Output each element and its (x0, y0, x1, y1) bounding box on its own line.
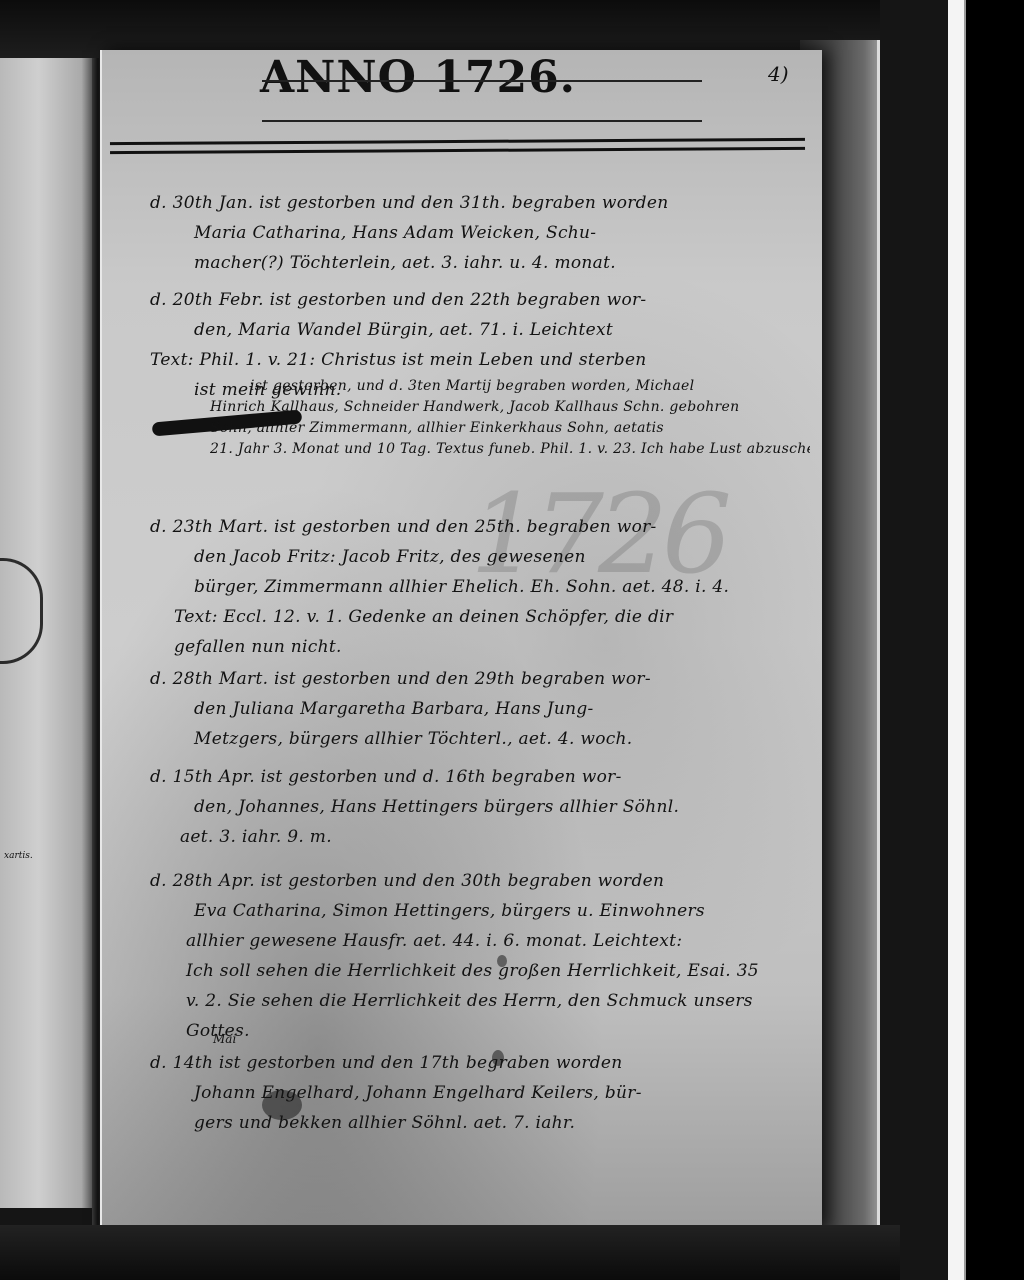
entry-line: d. 15th Apr. ist gestorben und d. 16th b… (150, 762, 810, 792)
register-entry: d. 15th Apr. ist gestorben und d. 16th b… (150, 762, 810, 852)
film-edge-strip (948, 0, 966, 1280)
entry-line: bürger, Zimmermann allhier Ehelich. Eh. … (150, 572, 810, 602)
left-page-flourish (0, 558, 43, 664)
folio-number: 4) (768, 62, 789, 86)
entry-line: Maria Catharina, Hans Adam Weicken, Schu… (150, 218, 810, 248)
entry-line: Johann Engelhard, Johann Engelhard Keile… (150, 1078, 810, 1108)
entry-line: gefallen nun nicht. (150, 632, 810, 662)
left-facing-page: xartis. (0, 58, 96, 1208)
entry-line: d. 20th Febr. ist gestorben und den 22th… (150, 285, 810, 315)
register-entry: d. 14th ist gestorben und den 17th begra… (150, 1048, 810, 1138)
entry-line: den Jacob Fritz: Jacob Fritz, des gewese… (150, 542, 810, 572)
film-border (966, 0, 1024, 1280)
scan-background: xartis. 1726 ANNO 1726. 4) d. 30th Jan. … (0, 0, 1024, 1280)
page-title: ANNO 1726. (260, 52, 576, 103)
entry-line: d. 28th Mart. ist gestorben und den 29th… (150, 664, 810, 694)
entry-line: Eva Catharina, Simon Hettingers, bürgers… (150, 896, 810, 926)
register-entry: d. 30th Jan. ist gestorben und den 31th.… (150, 188, 810, 278)
entry-line: 21. Jahr 3. Monat und 10 Tag. Textus fun… (150, 439, 810, 460)
title-rule-top (262, 80, 702, 82)
entry-line: den Juliana Margaretha Barbara, Hans Jun… (150, 694, 810, 724)
register-entry: ist gestorben, und d. 3ten Martij begrab… (150, 376, 810, 460)
entry-line: Text: Eccl. 12. v. 1. Gedenke an deinen … (150, 602, 810, 632)
entry-line: v. 2. Sie sehen die Herrlichkeit des Her… (150, 986, 810, 1016)
entry-line: den, Maria Wandel Bürgin, aet. 71. i. Le… (150, 315, 810, 345)
entry-line: Hinrich Kallhaus, Schneider Handwerk, Ja… (150, 397, 810, 418)
entry-line: Ich soll sehen die Herrlichkeit des groß… (150, 956, 810, 986)
entry-line: aet. 3. iahr. 9. m. (150, 822, 810, 852)
title-rule-bottom (262, 120, 702, 122)
left-page-note: xartis. (4, 851, 33, 861)
entry-line: d. 23th Mart. ist gestorben und den 25th… (150, 512, 810, 542)
register-entry: d. 28th Mart. ist gestorben und den 29th… (150, 664, 810, 754)
entry-line: Sohn, allhier Zimmermann, allhier Einker… (150, 418, 810, 439)
register-entry: d. 28th Apr. ist gestorben und den 30th … (150, 866, 810, 1046)
entry-line: allhier gewesene Hausfr. aet. 44. i. 6. … (150, 926, 810, 956)
entry-line: den, Johannes, Hans Hettingers bürgers a… (150, 792, 810, 822)
entry-line: gers und bekken allhier Söhnl. aet. 7. i… (150, 1108, 810, 1138)
entry-line: ist gestorben, und d. 3ten Martij begrab… (150, 376, 810, 397)
entry-line: d. 30th Jan. ist gestorben und den 31th.… (150, 188, 810, 218)
entry-line: Gottes. (150, 1016, 810, 1046)
register-entry: d. 23th Mart. ist gestorben und den 25th… (150, 512, 810, 662)
inserted-month-word: Mai (213, 1032, 236, 1046)
entry-line: d. 14th ist gestorben und den 17th begra… (150, 1048, 810, 1078)
entry-line: Metzgers, bürgers allhier Töchterl., aet… (150, 724, 810, 754)
entry-line: d. 28th Apr. ist gestorben und den 30th … (150, 866, 810, 896)
entry-line: Text: Phil. 1. v. 21: Christus ist mein … (150, 345, 810, 375)
entry-line: macher(?) Töchterlein, aet. 3. iahr. u. … (150, 248, 810, 278)
bottom-shadow (0, 1225, 900, 1280)
